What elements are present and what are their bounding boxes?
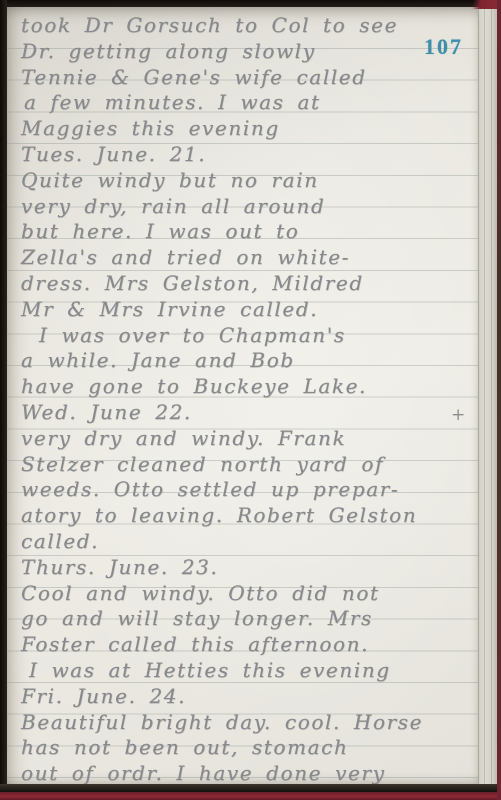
diary-line: Maggies this evening [21,116,473,142]
diary-line: called. [21,529,473,555]
diary-line-date: Tues. June. 21. [21,142,473,168]
handwriting-block: took Dr Gorsuch to Col to see Dr. gettin… [21,13,473,787]
diary-line: very dry and windy. Frank [21,426,473,452]
diary-line: weeds. Otto settled up prepar- [21,477,473,503]
diary-line: but here. I was out to [21,219,473,245]
page-edge-streak [491,7,492,784]
diary-line: dress. Mrs Gelston, Mildred [21,271,473,297]
diary-line: Tennie & Gene's wife called [21,65,473,91]
diary-line: a while. Jane and Bob [21,348,473,374]
diary-line: Foster called this afternoon. [21,632,473,658]
diary-line: Mr & Mrs Irvine called. [21,297,473,323]
diary-line: Stelzer cleaned north yard of [21,452,473,478]
book-cover-bottom-edge [0,792,501,800]
diary-line-date: Wed. June 22. [21,400,473,426]
diary-line: a few minutes. I was at [21,90,473,116]
diary-line: Dr. getting along slowly [21,39,473,65]
diary-scan: 107 took Dr Gorsuch to Col to see Dr. ge… [0,0,501,800]
diary-line: very dry, rain all around [21,194,473,220]
page-edge-streak [484,7,485,784]
diary-line: atory to leaving. Robert Gelston [21,503,473,529]
diary-line: took Dr Gorsuch to Col to see [21,13,473,39]
book-binding-left-edge [0,0,7,800]
diary-line-date: Fri. June. 24. [21,684,473,710]
diary-line: go and will stay longer. Mrs [21,606,473,632]
stacked-page-edges [478,7,497,784]
diary-line: I was at Hetties this evening [21,658,473,684]
diary-line-date: Thurs. June. 23. [21,555,473,581]
book-cover-top-edge [0,0,501,7]
diary-line: Quite windy but no rain [21,168,473,194]
diary-line: Zella's and tried on white- [21,245,473,271]
diary-line: has not been out, stomach [21,735,473,761]
diary-page: 107 took Dr Gorsuch to Col to see Dr. ge… [7,7,480,784]
diary-line: have gone to Buckeye Lake. [21,374,473,400]
book-cover-bottom-shadow [0,784,501,792]
diary-line: Beautiful bright day. cool. Horse [21,710,473,736]
diary-line: Cool and windy. Otto did not [21,581,473,607]
diary-line: I was over to Chapman's [21,323,473,349]
pencil-plus-mark: + [451,405,465,425]
book-cover-red-corner [467,0,501,9]
book-cover-right-edge [497,0,501,800]
